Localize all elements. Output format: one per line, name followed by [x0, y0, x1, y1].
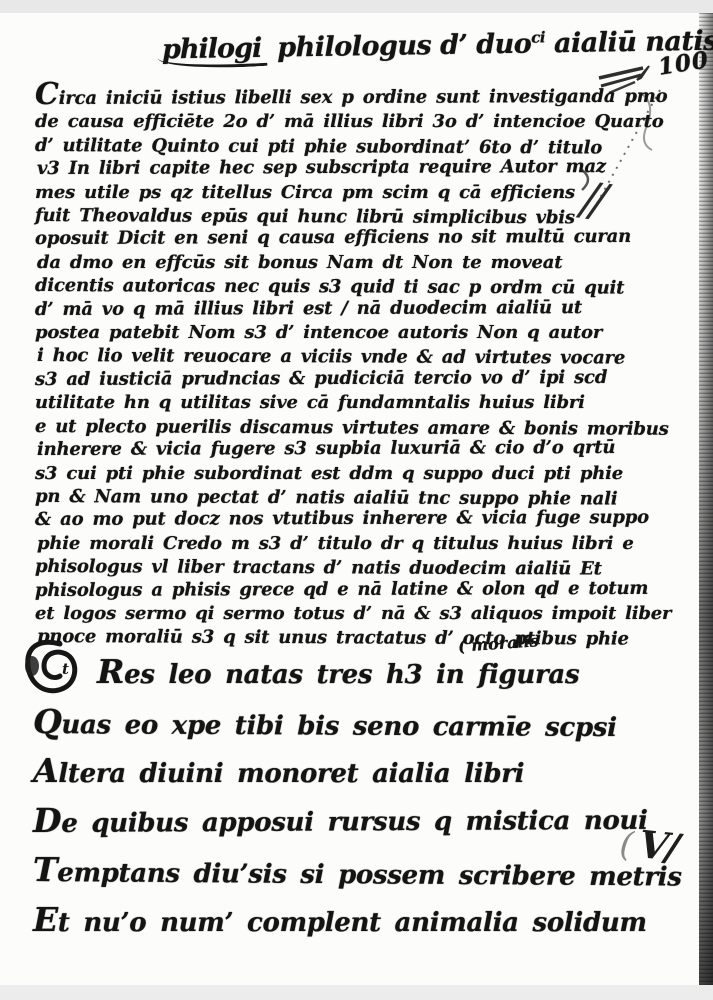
verse-line: Res leo natas tres h3 in figuras — [33, 649, 682, 699]
prose-line: et logos sermo qi sermo totus d’ nā & s… — [35, 602, 653, 625]
verse-line: Et nu’o num’ complent animalia solidum — [33, 897, 682, 947]
prose-line: phie morali Credo m s3 d’ titulo dr q ti… — [37, 532, 653, 555]
verse-line: Quas eo xpe tibi bis seno carmīe scpsi — [33, 699, 682, 752]
verse-line: Temptans diu’sis si possem scribere metr… — [33, 847, 682, 901]
pencil-paren-stroke: ( — [618, 824, 635, 865]
prose-line: postea patebit Nom s3 d’ intencoe autori… — [35, 321, 653, 344]
prose-line: pnoce moraliū s3 q sit unus tractatus d… — [37, 625, 653, 651]
prose-line: Circa iniciū istius libelli sex p ordin… — [35, 81, 653, 111]
prose-line: v3 In libri capite hec sep subscripta re… — [37, 155, 653, 181]
verse-text-block: Res leo natas tres h3 in figuras Quas eo… — [33, 649, 682, 946]
title-abbreviation: ci — [531, 28, 545, 46]
prose-line: & ao mo put docz nos vtutibus inherere &… — [35, 506, 653, 532]
prose-line: oposuit Dicit en seni q causa efficiens … — [35, 225, 653, 251]
verse-line: Altera diuini monoret aialia libri — [33, 748, 682, 798]
prose-line: mes utile ps qz titellus Circa pm scim q… — [35, 181, 653, 204]
prose-line: phisologus a phisis grece qd e nā latin… — [35, 576, 653, 602]
prose-line: s3 cui pti phie subordinat est ddm q sup… — [35, 462, 653, 485]
prose-line: s3 ad iusticiā prudncias & pudiciciā t… — [35, 366, 653, 392]
manuscript-page: philogiphilologus d’ duoci aialiū natis… — [0, 0, 713, 1000]
prose-line: de causa efficiēte 2o d’ mā illius lib… — [35, 110, 653, 133]
prose-text-block: Circa iniciū istius libelli sex p ordin… — [35, 83, 653, 649]
binding-edge — [699, 13, 713, 985]
prose-line: d’ mā vo q mā illius libri est / nā d… — [35, 295, 653, 321]
scan-edge-bottom — [0, 985, 713, 1000]
scan-edge-top — [0, 0, 713, 13]
running-title: philogi — [162, 33, 262, 66]
verse-line: De quibus apposui rursus q mistica noui — [33, 794, 682, 847]
pencil-v-stroke: V∕ — [637, 821, 679, 870]
prose-line: da dmo en effcūs sit bonus Nam dt Non t… — [37, 251, 653, 274]
pencil-check-mark: (V∕ — [618, 819, 679, 870]
prose-line: utilitate hn q utilitas sive cā fundamn… — [35, 391, 653, 414]
prose-line: inherere & vicia fugere s3 supbia luxuri… — [37, 436, 653, 462]
